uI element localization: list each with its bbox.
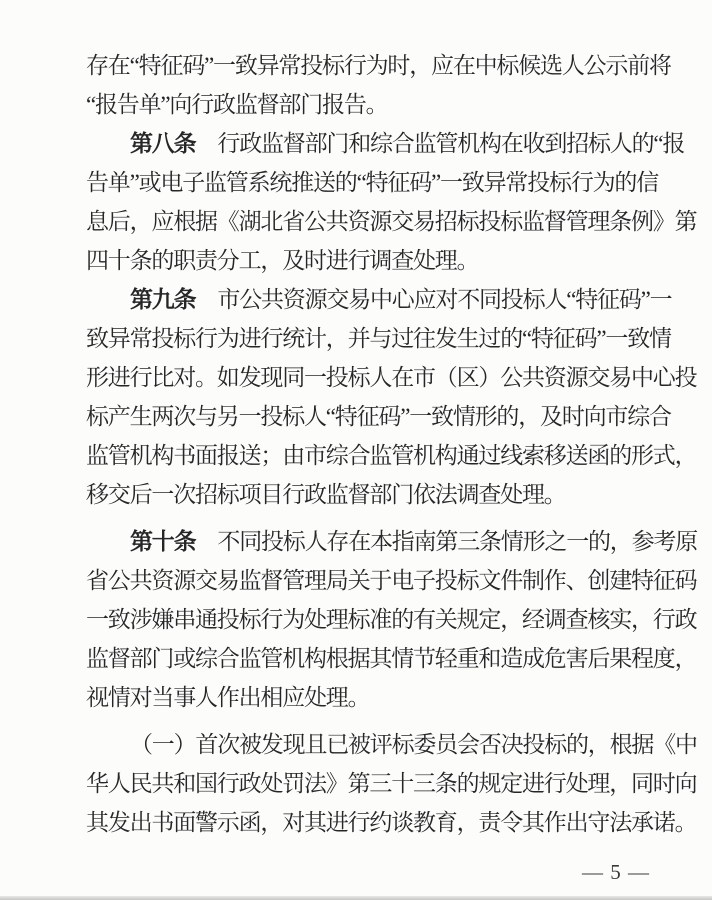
text-run: （一）首次被发现且已被评标委员会否决投标的，根据《中 — [130, 732, 697, 757]
text-run: 不同投标人存在本指南第三条情形之一的，参考原 — [217, 529, 697, 554]
text-run: 华人民共和国行政处罚法》第三十三条的规定进行处理，同时向 — [86, 771, 696, 796]
text-line: 存在“特征码”一致异常投标行为时，应在中标候选人公示前将 — [86, 46, 661, 85]
text-run: 告单”或电子监管系统推送的“特征码”一致异常投标行为的信 — [86, 170, 658, 195]
text-run: 行政监督部门和综合监管机构在收到招标人的“报 — [217, 131, 684, 156]
article-number: 第八条 — [130, 131, 195, 156]
text-line: 致异常投标行为进行统计，并与过往发生过的“特征码”一致情 — [86, 319, 661, 358]
text-line: 移交后一次招标项目行政监督部门依法调查处理。 — [86, 475, 661, 514]
text-line: 省公共资源交易监督管理局关于电子投标文件制作、创建特征码 — [86, 561, 661, 600]
text-run: 视情对当事人作出相应处理。 — [86, 685, 369, 710]
text-run: 标产生两次与另一投标人“特征码”一致情形的，及时向市综合 — [86, 404, 671, 429]
text-run: 四十条的职责分工，及时进行调查处理。 — [86, 248, 478, 273]
text-line: 第八条行政监督部门和综合监管机构在收到招标人的“报 — [86, 124, 661, 163]
text-line: 形进行比对。如发现同一投标人在市（区）公共资源交易中心投 — [86, 358, 661, 397]
text-line: 一致涉嫌串通投标行为处理标准的有关规定，经调查核实，行政 — [86, 600, 661, 639]
document-page: 存在“特征码”一致异常投标行为时，应在中标候选人公示前将 “报告单”向行政监督部… — [0, 0, 712, 900]
scan-edge — [0, 896, 712, 900]
text-run: 监督部门或综合监管机构根据其情节轻重和造成危害后果程度， — [86, 646, 696, 671]
paragraph-article-10: 第十条不同投标人存在本指南第三条情形之一的，参考原 省公共资源交易监督管理局关于… — [86, 522, 661, 717]
paragraph-article-8: 第八条行政监督部门和综合监管机构在收到招标人的“报 告单”或电子监管系统推送的“… — [86, 124, 661, 280]
text-line: 第十条不同投标人存在本指南第三条情形之一的，参考原 — [86, 522, 661, 561]
page-number: — 5 — — [582, 860, 650, 885]
text-line: 告单”或电子监管系统推送的“特征码”一致异常投标行为的信 — [86, 163, 661, 202]
text-line: 四十条的职责分工，及时进行调查处理。 — [86, 241, 661, 280]
text-run: 存在“特征码”一致异常投标行为时，应在中标候选人公示前将 — [86, 53, 671, 78]
text-run: 其发出书面警示函，对其进行约谈教育，责令其作出守法承诺。 — [86, 810, 696, 835]
text-line: 标产生两次与另一投标人“特征码”一致情形的，及时向市综合 — [86, 397, 661, 436]
text-line: 华人民共和国行政处罚法》第三十三条的规定进行处理，同时向 — [86, 764, 661, 803]
text-line: 息后，应根据《湖北省公共资源交易招标投标监督管理条例》第 — [86, 202, 661, 241]
text-run: 致异常投标行为进行统计，并与过往发生过的“特征码”一致情 — [86, 326, 671, 351]
text-run: 一致涉嫌串通投标行为处理标准的有关规定，经调查核实，行政 — [86, 607, 696, 632]
document-body: 存在“特征码”一致异常投标行为时，应在中标候选人公示前将 “报告单”向行政监督部… — [86, 46, 661, 842]
paragraph-article-9: 第九条市公共资源交易中心应对不同投标人“特征码”一 致异常投标行为进行统计，并与… — [86, 280, 661, 514]
text-run: “报告单”向行政监督部门报告。 — [86, 92, 387, 117]
text-line: “报告单”向行政监督部门报告。 — [86, 85, 661, 124]
text-run: 息后，应根据《湖北省公共资源交易招标投标监督管理条例》第 — [86, 209, 696, 234]
text-line: 第九条市公共资源交易中心应对不同投标人“特征码”一 — [86, 280, 661, 319]
article-number: 第九条 — [130, 287, 195, 312]
text-line: 监管机构书面报送；由市综合监管机构通过线索移送函的形式， — [86, 436, 661, 475]
text-run: 形进行比对。如发现同一投标人在市（区）公共资源交易中心投 — [86, 365, 696, 390]
paragraph-list-item-1: （一）首次被发现且已被评标委员会否决投标的，根据《中 华人民共和国行政处罚法》第… — [86, 725, 661, 842]
text-run: 移交后一次招标项目行政监督部门依法调查处理。 — [86, 482, 566, 507]
text-line: 监督部门或综合监管机构根据其情节轻重和造成危害后果程度， — [86, 639, 661, 678]
text-run: 省公共资源交易监督管理局关于电子投标文件制作、创建特征码 — [86, 568, 696, 593]
paragraph: 存在“特征码”一致异常投标行为时，应在中标候选人公示前将 “报告单”向行政监督部… — [86, 46, 661, 124]
text-run: 监管机构书面报送；由市综合监管机构通过线索移送函的形式， — [86, 443, 696, 468]
text-line: 视情对当事人作出相应处理。 — [86, 678, 661, 717]
article-number: 第十条 — [130, 529, 195, 554]
text-run: 市公共资源交易中心应对不同投标人“特征码”一 — [217, 287, 671, 312]
text-line: 其发出书面警示函，对其进行约谈教育，责令其作出守法承诺。 — [86, 803, 661, 842]
text-line: （一）首次被发现且已被评标委员会否决投标的，根据《中 — [86, 725, 661, 764]
